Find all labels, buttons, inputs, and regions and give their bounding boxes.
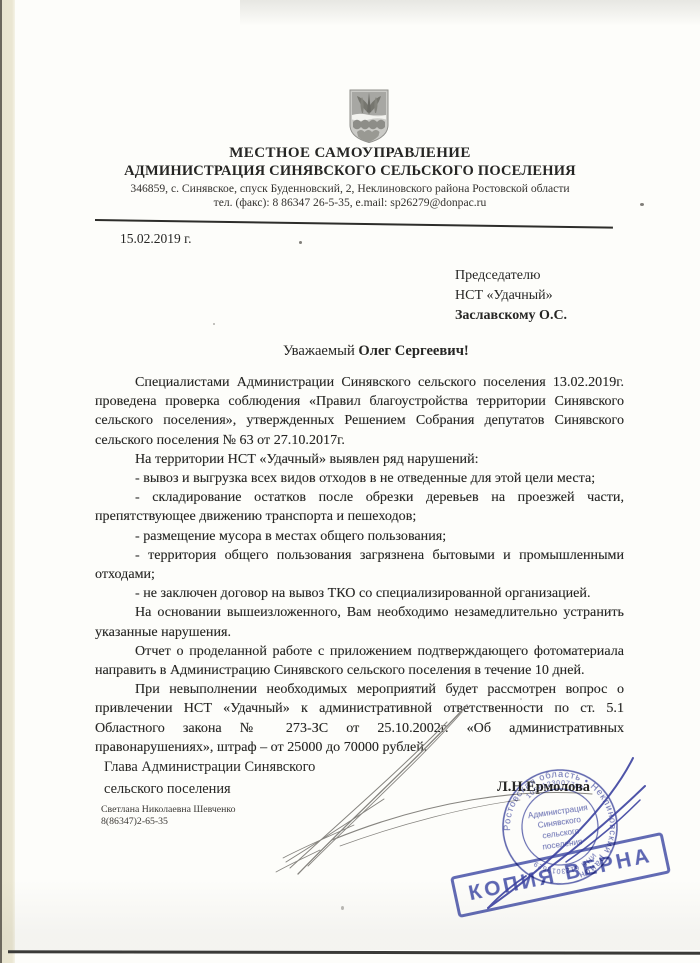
scan-speck — [640, 203, 644, 206]
executor-phone: 8(86347)2-65-35 — [101, 816, 236, 828]
org-type-title: МЕСТНОЕ САМОУПРАВЛЕНИЕ — [15, 145, 685, 162]
signer-position: Глава Администрации Синявского сельского… — [104, 756, 374, 800]
addressee-block: Председателю НСТ «Удачный» Заславскому О… — [455, 266, 567, 326]
signer-position-line-1: Глава Администрации Синявского — [104, 756, 374, 778]
salutation-name: Олег Сергеевич! — [358, 343, 468, 359]
executor-block: Светлана Николаевна Шевченко 8(86347)2-6… — [101, 804, 236, 828]
scan-speck — [341, 906, 344, 910]
scan-top-shade — [240, 0, 700, 26]
paragraph: На основании вышеизложенного, Вам необхо… — [95, 603, 624, 641]
org-address: 346859, с. Синявское, спуск Буденновский… — [15, 182, 685, 195]
letter-body: Специалистами Администрации Синявского с… — [95, 373, 624, 757]
org-name-title: АДМИНИСТРАЦИЯ СИНЯВСКОГО СЕЛЬСКОГО ПОСЕЛ… — [15, 163, 685, 180]
paragraph: При невыполнении необходимых мероприятий… — [95, 680, 624, 757]
scan-left-edge — [0, 0, 15, 963]
scan-speck — [299, 241, 302, 244]
violation-item: - вывоз и выгрузка всех видов отходов в … — [95, 469, 624, 488]
violation-item: - не заключен договор на вывоз ТКО со сп… — [95, 584, 624, 603]
paragraph: На территории НСТ «Удачный» выявлен ряд … — [95, 450, 624, 469]
org-contacts: тел. (факс): 8 86347 26-5-35, e.mail: sp… — [15, 196, 685, 209]
salutation-prefix: Уважаемый — [283, 343, 358, 359]
addressee-name: Заславскому О.С. — [455, 306, 567, 326]
signer-position-line-2: сельского поселения — [104, 778, 374, 800]
scan-speck — [520, 698, 522, 700]
letter-date: 15.02.2019 г. — [120, 231, 192, 247]
scan-bottom-line — [8, 950, 700, 954]
addressee-line-2: НСТ «Удачный» — [455, 286, 567, 306]
scan-speck — [213, 323, 215, 325]
scanned-letter-page: МЕСТНОЕ САМОУПРАВЛЕНИЕ АДМИНИСТРАЦИЯ СИН… — [0, 0, 700, 963]
violation-item: - территория общего пользования загрязне… — [95, 546, 624, 584]
violation-item: - размещение мусора в местах общего поль… — [95, 527, 624, 546]
violation-item: - складирование остатков после обрезки д… — [95, 488, 624, 526]
salutation: Уважаемый Олег Сергеевич! — [283, 343, 469, 360]
addressee-line-1: Председателю — [455, 266, 567, 286]
coat-of-arms-icon — [346, 88, 392, 144]
executor-name: Светлана Николаевна Шевченко — [101, 804, 236, 816]
header-divider — [95, 219, 613, 229]
paragraph: Специалистами Администрации Синявского с… — [95, 373, 624, 450]
scan-bottom-shade — [0, 880, 700, 950]
paragraph: Отчет о проделанной работе с приложением… — [95, 642, 624, 680]
